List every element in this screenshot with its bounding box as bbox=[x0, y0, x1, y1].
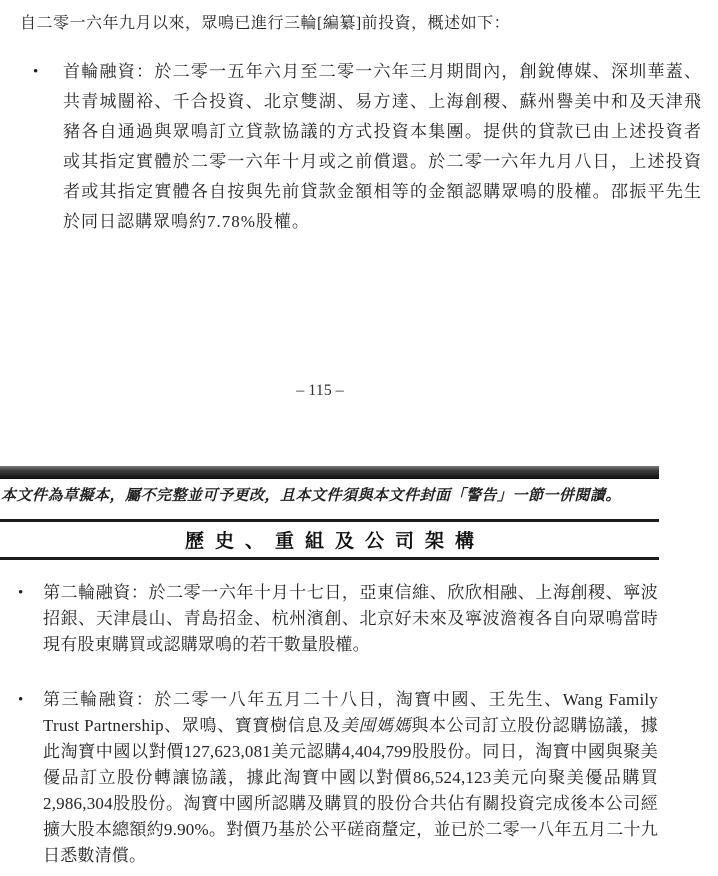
bullet-icon: • bbox=[33, 57, 38, 87]
bullet-second-round: • 第二輪融資：於二零一六年十月十七日，亞東信維、欣欣相融、上海創稷、寧波招銀、… bbox=[18, 580, 658, 658]
draft-disclaimer: 本文件為草擬本，屬不完整並可予更改，且本文件須與本文件封面「警告」一節一併閱讀。 bbox=[1, 483, 706, 509]
prospectus-page: 自二零一六年九月以來，眾鳴已進行三輪[編纂]前投資，概述如下： • 首輪融資：於… bbox=[0, 0, 718, 876]
third-round-text-after-brand: 與本公司訂立股份認購協議，據此淘寶中國以對價127,623,081美元認購4,4… bbox=[43, 716, 658, 865]
bullet-first-round: • 首輪融資：於二零一五年六月至二零一六年三月期間內，創銳傳媒、深圳華蓋、共青城… bbox=[33, 57, 702, 237]
bullet-icon: • bbox=[18, 687, 23, 713]
intro-paragraph: 自二零一六年九月以來，眾鳴已進行三輪[編纂]前投資，概述如下： bbox=[20, 9, 692, 39]
bullet-icon: • bbox=[18, 580, 23, 606]
brand-name-italic: 美囤媽媽 bbox=[341, 716, 412, 735]
page-number: – 115 – bbox=[0, 382, 640, 400]
page-separator-bar bbox=[0, 466, 659, 479]
third-round-text: 第三輪融資：於二零一八年五月二十八日，淘寶中國、王先生、Wang Family … bbox=[43, 687, 658, 869]
second-round-text: 第二輪融資：於二零一六年十月十七日，亞東信維、欣欣相融、上海創稷、寧波招銀、天津… bbox=[43, 580, 658, 658]
bullet-third-round: • 第三輪融資：於二零一八年五月二十八日，淘寶中國、王先生、Wang Famil… bbox=[18, 687, 658, 869]
section-heading: 歷史、重組及公司架構 bbox=[174, 526, 485, 553]
section-heading-box: 歷史、重組及公司架構 bbox=[0, 519, 659, 560]
first-round-text: 首輪融資：於二零一五年六月至二零一六年三月期間內，創銳傳媒、深圳華蓋、共青城闓裕… bbox=[63, 57, 702, 237]
